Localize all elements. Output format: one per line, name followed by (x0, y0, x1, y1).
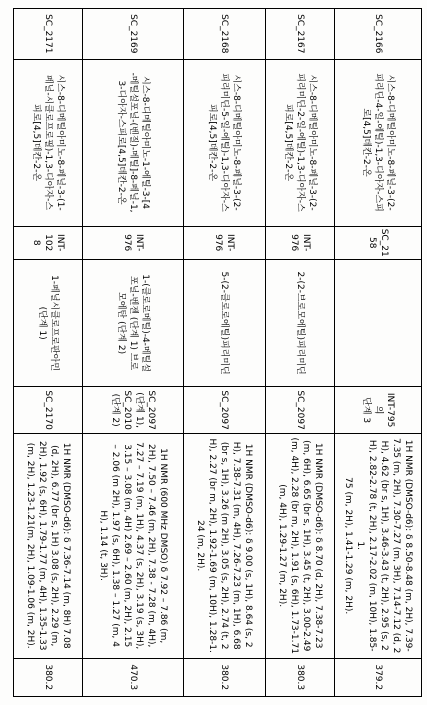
cell-reagent-step: 2-(2-브로모에틸)피리미딘 (266, 259, 335, 386)
cell-mass-value: 380.2 (184, 658, 266, 697)
cell-sample-id: SC_2166 (335, 9, 422, 60)
cell-intermediate-id: INT-976 (184, 226, 266, 259)
cell-nmr-data: 1H NMR (600 MHz DMSO) δ 7.92 – 7.86 (m, … (83, 433, 184, 658)
cell-reagent-step: 5-(2-클로로에틸)피리미딘 (184, 259, 266, 386)
cell-sample-id: SC_2167 (266, 9, 335, 60)
cell-reagent-step: 1-(클로로메틸)-4-메틸설 포닐-벤젠 (단계 1) 브로 모에탄 (단계 … (83, 259, 184, 386)
cell-mass-value: 380.2 (14, 658, 83, 697)
cell-intermediate-id: INT-102 8 (14, 226, 83, 259)
cell-compound-name: 시스-8-디메틸아미노-8-페닐-3-(1- 페닐-시클로프로필)-1,3-디아… (14, 59, 83, 226)
cell-compound-name: 시스-8-디메틸아미노-8-페닐-3-(2- 피리미딘-5-일-에틸)-1,3-… (184, 59, 266, 226)
table-row: SC_2168시스-8-디메틸아미노-8-페닐-3-(2- 피리미딘-5-일-에… (184, 9, 266, 697)
cell-precursor-id: INT-795의 단계 3 (335, 387, 422, 434)
cell-nmr-data: 1H NMR (DMSO-d6): δ 8.70 (d, 2H), 7.38-7… (266, 433, 335, 658)
cell-sample-id: SC_2168 (184, 9, 266, 60)
cell-precursor-id: SC_2097 (단계 1), SC_2010 (단계 2) (83, 387, 184, 434)
table-row: SC_2166시스-8-디메틸아미노-8-페닐-3-(2- 피리딘-4-일-에틸… (335, 9, 422, 697)
scanned-page: SC_2166시스-8-디메틸아미노-8-페닐-3-(2- 피리딘-4-일-에틸… (0, 0, 427, 705)
cell-reagent-step (335, 259, 422, 386)
table-row: SC_2171시스-8-디메틸아미노-8-페닐-3-(1- 페닐-시클로프로필)… (14, 9, 83, 697)
cell-nmr-data: 1H NMR (DMSO-d6): δ 7.36-7.14 (m, 8H) 7.… (14, 433, 83, 658)
cell-intermediate-id: SC_2158 (335, 226, 422, 259)
cell-sample-id: SC_2171 (14, 9, 83, 60)
rotated-table-container: SC_2166시스-8-디메틸아미노-8-페닐-3-(2- 피리딘-4-일-에틸… (0, 0, 427, 705)
cell-mass-value: 379.2 (335, 658, 422, 697)
cell-mass-value: 470.3 (83, 658, 184, 697)
cell-compound-name: 시스-8-디메틸아미노-8-페닐-3-(2- 피리미딘-2-일-에틸)-1,3-… (266, 59, 335, 226)
cell-compound-name: 시스-8-디메틸아미노-1-에틸-3-[4 -메틸설포닐-(벤질)-메틸]-8-… (83, 59, 184, 226)
cell-nmr-data: 1H NMR (DMSO-d6): δ 9.00 (s, 1H), 8.64 (… (184, 433, 266, 658)
cell-precursor-id: SC_2170 (14, 387, 83, 434)
compound-table-body: SC_2166시스-8-디메틸아미노-8-페닐-3-(2- 피리딘-4-일-에틸… (14, 9, 422, 697)
cell-intermediate-id: INT-976 (266, 226, 335, 259)
cell-intermediate-id: INT-976 (83, 226, 184, 259)
cell-precursor-id: SC_2097 (266, 387, 335, 434)
table-row: SC_2167시스-8-디메틸아미노-8-페닐-3-(2- 피리미딘-2-일-에… (266, 9, 335, 697)
cell-nmr-data: 1H NMR (DMSO-d6): δ 8.50-8.48 (m, 2H), 7… (335, 433, 422, 658)
cell-compound-name: 시스-8-디메틸아미노-8-페닐-3-(2- 피리딘-4-일-에틸)-1,3-디… (335, 59, 422, 226)
cell-reagent-step: 1-페닐시클로프로판아민 (단계 1) (14, 259, 83, 386)
cell-sample-id: SC_2169 (83, 9, 184, 60)
cell-precursor-id: SC_2097 (184, 387, 266, 434)
compound-table: SC_2166시스-8-디메틸아미노-8-페닐-3-(2- 피리딘-4-일-에틸… (13, 8, 422, 697)
cell-mass-value: 380.3 (266, 658, 335, 697)
table-row: SC_2169시스-8-디메틸아미노-1-에틸-3-[4 -메틸설포닐-(벤질)… (83, 9, 184, 697)
